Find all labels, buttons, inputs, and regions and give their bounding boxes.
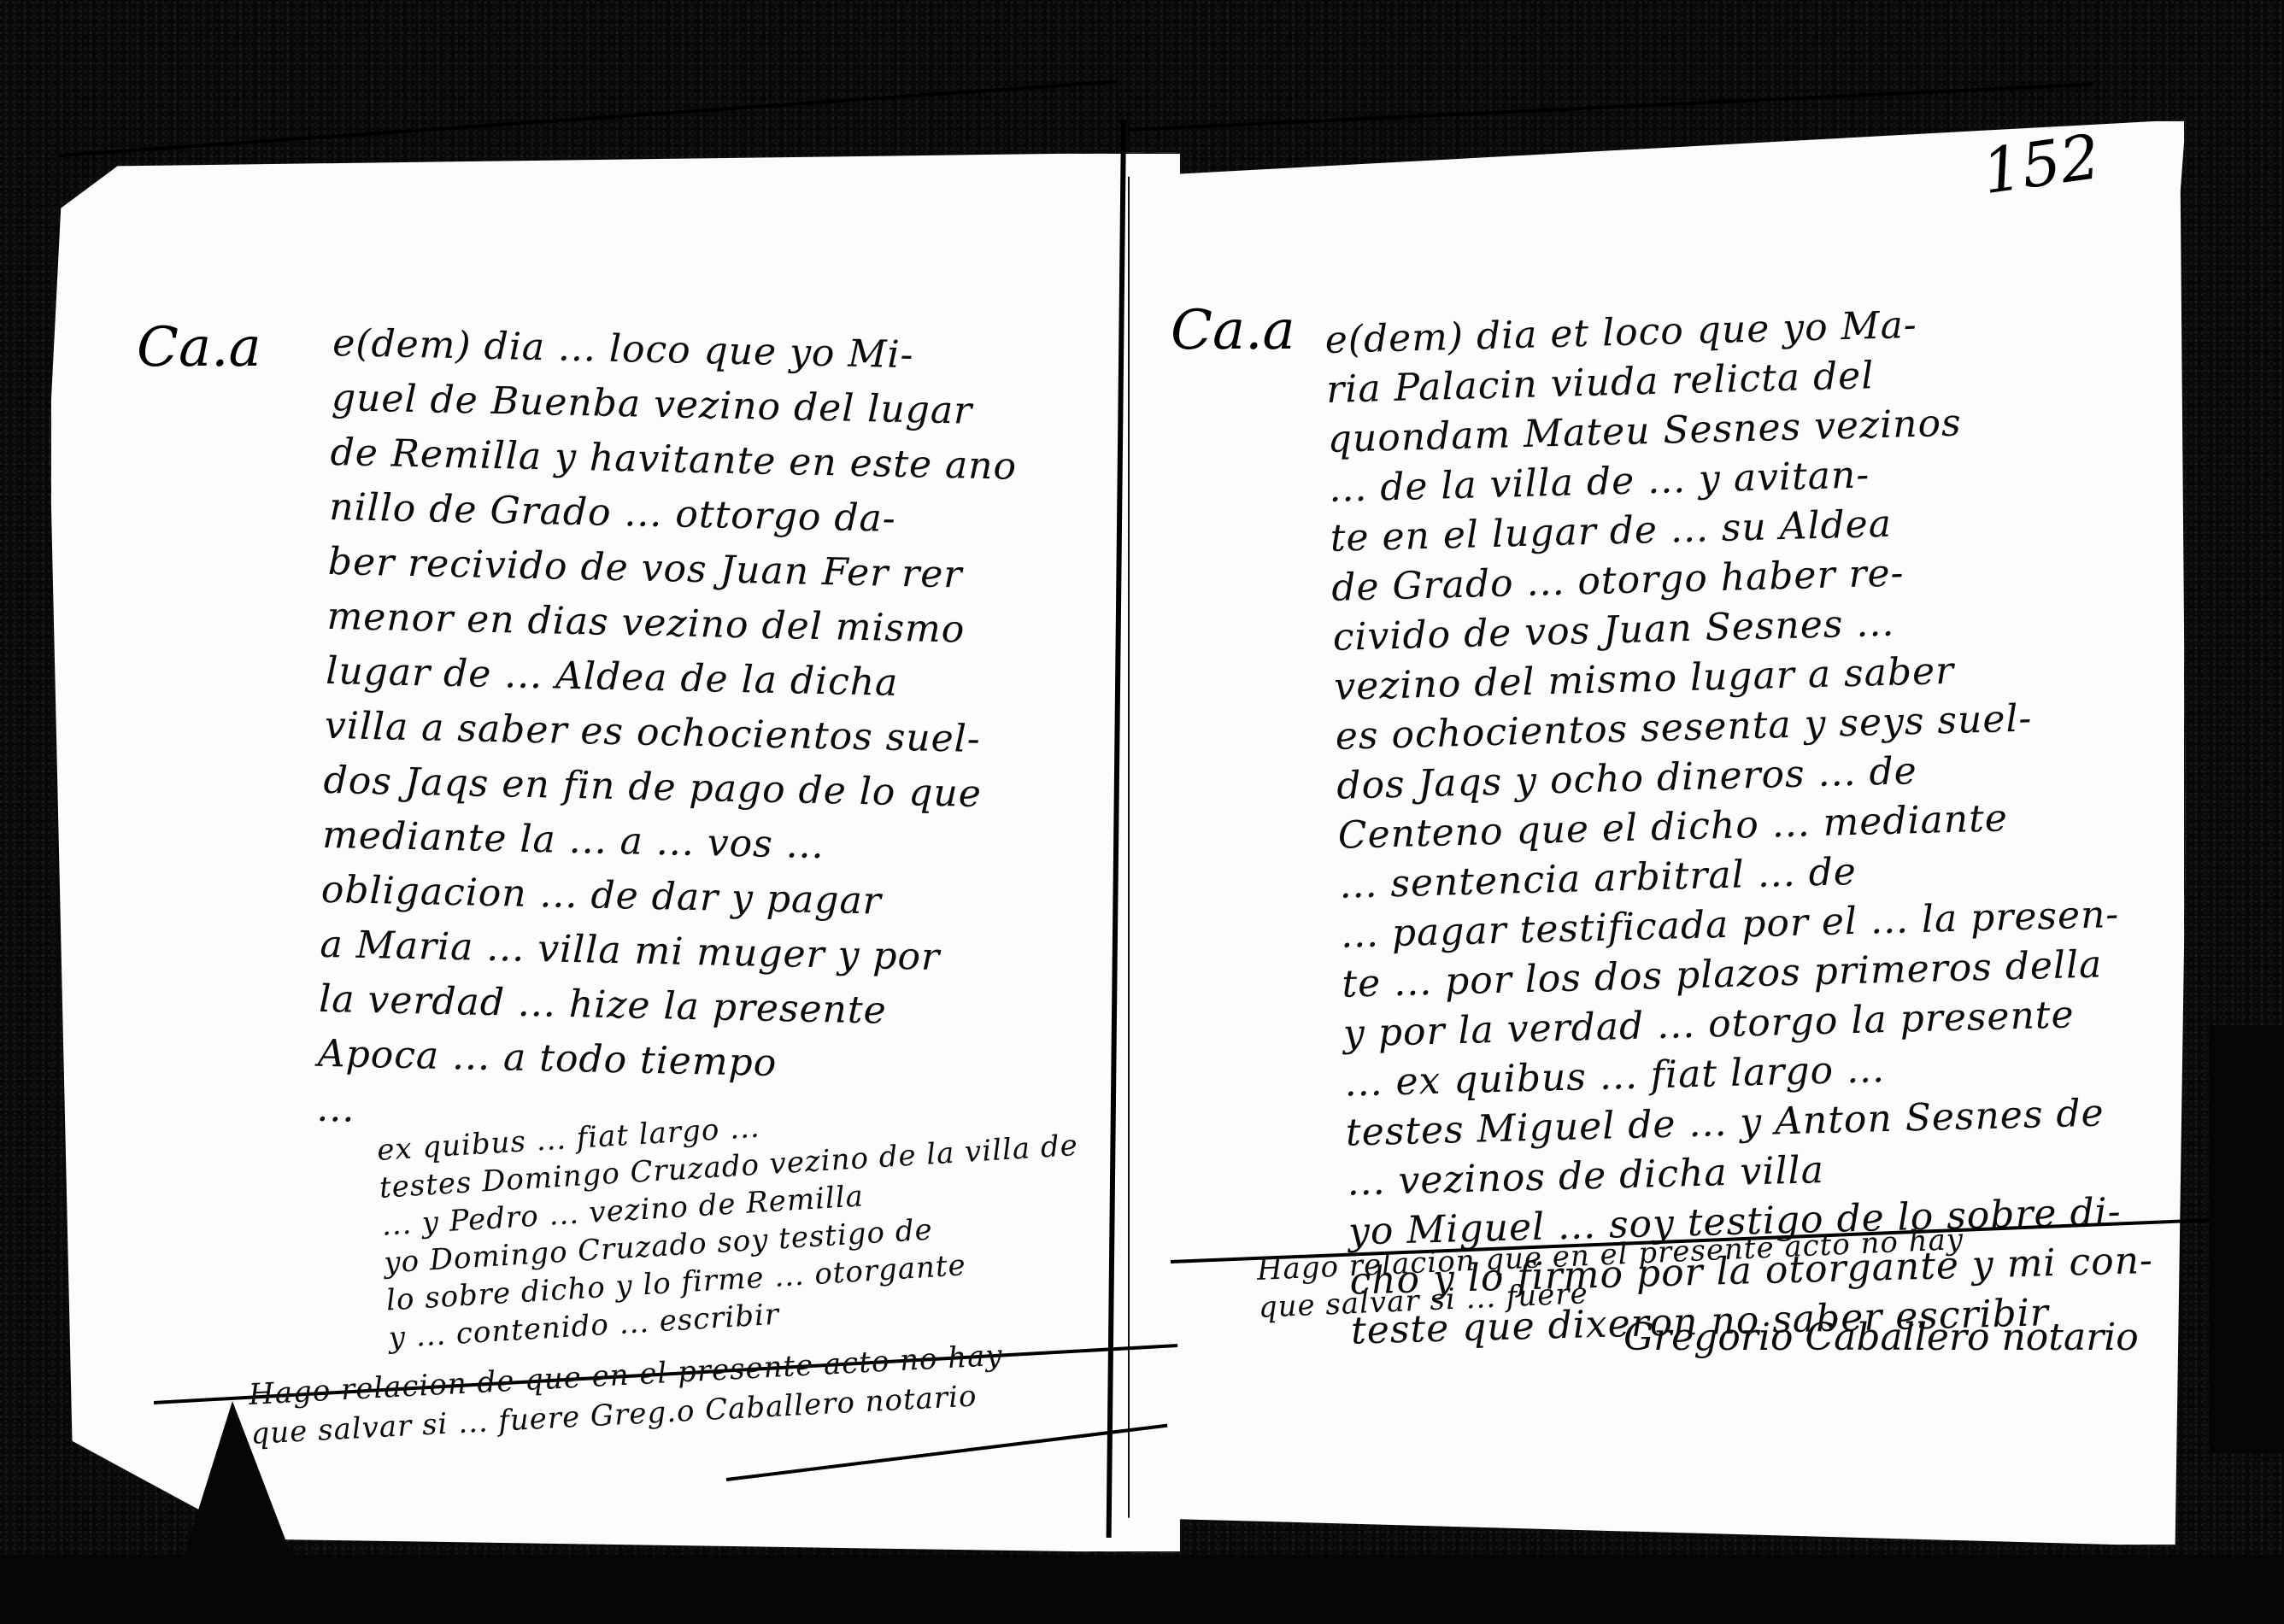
left-main-text: e(dem) dia ... loco que yo Mi- guel de B… [316,316,1136,1152]
right-main-text: e(dem) dia et loco que yo Ma- ria Palaci… [1324,293,2232,1357]
right-margin-note: Ca.a [1171,299,1295,362]
scan-bottom-border [0,1555,2284,1624]
left-margin-note: Ca.a [137,316,261,379]
right-edge-shadow [2209,1025,2284,1452]
notary-signature: Gregorio Caballero notario [1623,1316,2139,1359]
